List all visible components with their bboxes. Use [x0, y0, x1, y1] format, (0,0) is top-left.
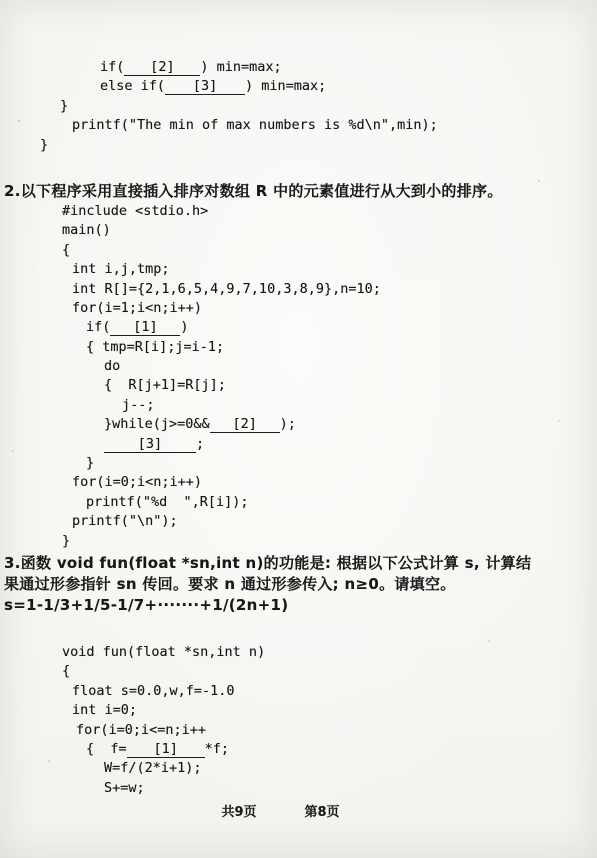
code-text: { R[j+1]=R[j]; [104, 377, 226, 393]
code-text: printf("The min of max numbers is %d\n",… [72, 117, 438, 133]
text-line: 3.函数 void fun(float *sn,int n)的功能是: 根据以下… [0, 553, 597, 574]
code-line: for(i=0;i<n;i++) [0, 473, 597, 492]
code-text: if( [86, 319, 110, 335]
code-line: { [0, 241, 597, 260]
code-line: j--; [0, 396, 597, 415]
question1-code-tail: if([2]) min=max;else if([3]) min=max;}pr… [0, 58, 597, 155]
code-text: if( [100, 59, 124, 75]
code-text: { [62, 242, 70, 258]
code-line: printf("%d ",R[i]); [0, 493, 597, 512]
fill-in-blank-1: [1] [110, 319, 180, 336]
code-text: do [104, 358, 120, 374]
code-line: W=f/(2*i+1); [0, 759, 597, 778]
code-text: { [62, 663, 70, 679]
text-line: 果通过形参指针 sn 传回。要求 n 通过形参传入; n≥0。请填空。 [0, 574, 597, 595]
text-line: 2.以下程序采用直接插入排序对数组 R 中的元素值进行从大到小的排序。 [0, 181, 597, 202]
code-text: { f= [86, 741, 127, 757]
code-text: for(i=0;i<n;i++) [72, 474, 202, 490]
fill-in-blank-2: [2] [124, 59, 200, 76]
fill-in-blank-3: [3] [165, 78, 245, 95]
code-text: #include <stdio.h> [62, 203, 208, 219]
document-blocks: if([2]) min=max;else if([3]) min=max;}pr… [0, 0, 597, 798]
code-line: [3]; [0, 435, 597, 454]
scanned-exam-page: if([2]) min=max;else if([3]) min=max;}pr… [0, 0, 597, 858]
code-text: int i=0; [72, 702, 137, 718]
code-text: } [60, 98, 68, 114]
question3-prompt: 3.函数 void fun(float *sn,int n)的功能是: 根据以下… [0, 553, 597, 616]
fill-in-blank-1: [1] [127, 741, 205, 758]
code-text: float s=0.0,w,f=-1.0 [72, 683, 235, 699]
code-text: ) min=max; [245, 78, 326, 94]
code-text: *f; [205, 741, 229, 757]
code-line: } [0, 97, 597, 116]
code-text: }while(j>=0&& [104, 416, 210, 432]
code-text: } [40, 137, 48, 153]
prompt-text: s=1-1/3+1/5-1/7+·······+1/(2n+1) [4, 596, 288, 614]
code-text: S+=w; [104, 780, 145, 796]
code-text: int R[]={2,1,6,5,4,9,7,10,3,8,9},n=10; [72, 281, 381, 297]
code-line: int i,j,tmp; [0, 260, 597, 279]
code-text: void fun(float *sn,int n) [62, 644, 265, 660]
code-line: else if([3]) min=max; [0, 77, 597, 96]
code-line: }while(j>=0&&[2]); [0, 415, 597, 434]
text-line: s=1-1/3+1/5-1/7+·······+1/(2n+1) [0, 595, 597, 616]
code-text: for(i=0;i<=n;i++ [76, 722, 206, 738]
code-line: { R[j+1]=R[j]; [0, 376, 597, 395]
code-text: printf("\n"); [72, 513, 178, 529]
code-line: #include <stdio.h> [0, 202, 597, 221]
code-text: { tmp=R[i];j=i-1; [86, 339, 224, 355]
code-text: ) [180, 319, 188, 335]
code-text: } [62, 533, 70, 549]
code-text: } [86, 455, 94, 471]
question2-code: #include <stdio.h>main(){int i,j,tmp;int… [0, 202, 597, 551]
code-text: int i,j,tmp; [72, 261, 170, 277]
code-text: W=f/(2*i+1); [104, 760, 202, 776]
code-text: main() [62, 222, 111, 238]
code-line: int i=0; [0, 701, 597, 720]
code-line: { tmp=R[i];j=i-1; [0, 338, 597, 357]
prompt-text: 3.函数 void fun(float *sn,int n)的功能是: 根据以下… [4, 554, 531, 572]
code-line: for(i=0;i<=n;i++ [0, 721, 597, 740]
code-line: { [0, 662, 597, 681]
code-text: for(i=1;i<n;i++) [72, 300, 202, 316]
code-line: if([1]) [0, 318, 597, 337]
question3-code: void fun(float *sn,int n){float s=0.0,w,… [0, 643, 597, 798]
code-line: float s=0.0,w,f=-1.0 [0, 682, 597, 701]
page-footer: 共9页 第8页 [0, 801, 579, 820]
code-text: j--; [122, 397, 155, 413]
code-line: for(i=1;i<n;i++) [0, 299, 597, 318]
question2-prompt: 2.以下程序采用直接插入排序对数组 R 中的元素值进行从大到小的排序。 [0, 181, 597, 202]
code-line: S+=w; [0, 779, 597, 798]
code-text: ; [196, 436, 204, 452]
code-line: int R[]={2,1,6,5,4,9,7,10,3,8,9},n=10; [0, 280, 597, 299]
current-page-label: 第8页 [305, 801, 340, 820]
code-line: } [0, 454, 597, 473]
code-line: { f=[1]*f; [0, 740, 597, 759]
code-text: ) min=max; [200, 59, 281, 75]
fill-in-blank-3: [3] [104, 436, 196, 453]
code-line: printf("\n"); [0, 512, 597, 531]
code-line: main() [0, 221, 597, 240]
code-text: ); [280, 416, 296, 432]
code-line: } [0, 136, 597, 155]
code-line: void fun(float *sn,int n) [0, 643, 597, 662]
code-line: printf("The min of max numbers is %d\n",… [0, 116, 597, 135]
code-line: if([2]) min=max; [0, 58, 597, 77]
code-line: } [0, 532, 597, 551]
prompt-text: 果通过形参指针 sn 传回。要求 n 通过形参传入; n≥0。请填空。 [4, 575, 456, 593]
total-pages-label: 共9页 [221, 801, 256, 820]
code-line: do [0, 357, 597, 376]
code-text: else if( [100, 78, 165, 94]
prompt-text: 2.以下程序采用直接插入排序对数组 R 中的元素值进行从大到小的排序。 [4, 182, 503, 200]
fill-in-blank-2: [2] [210, 416, 280, 433]
code-text: printf("%d ",R[i]); [86, 494, 249, 510]
